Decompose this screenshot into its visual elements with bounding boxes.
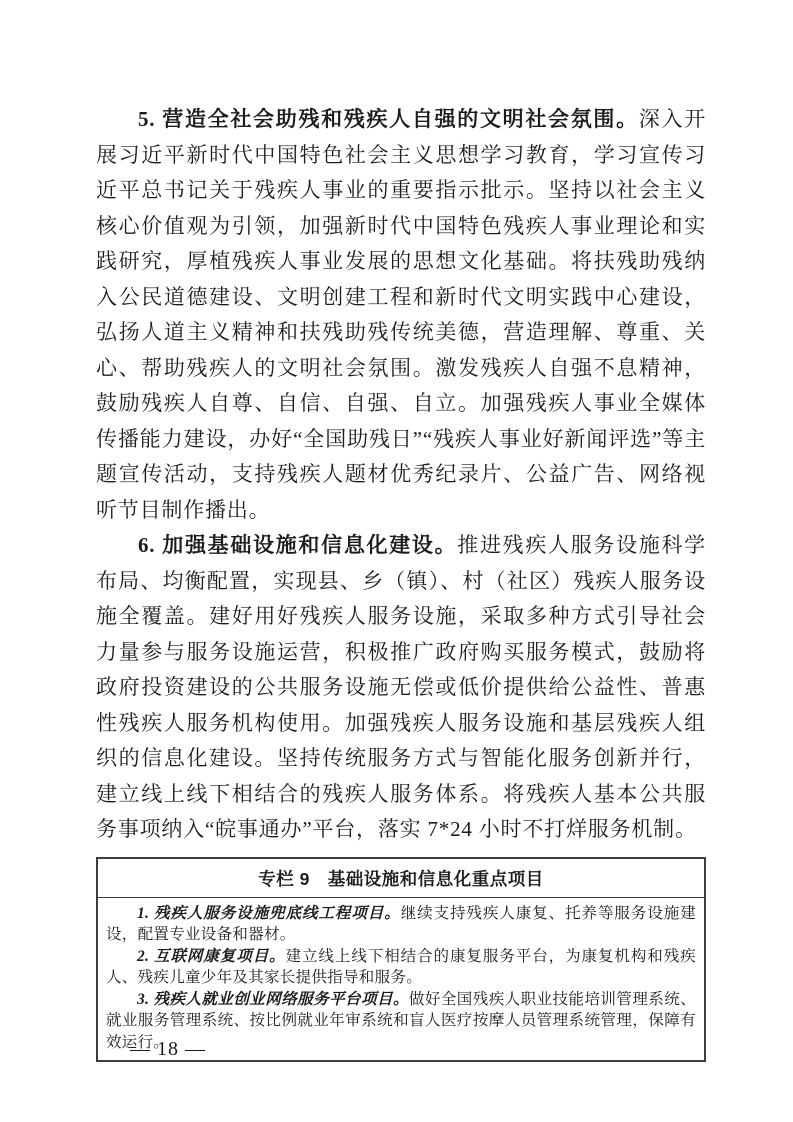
document-page: 5. 营造全社会助残和残疾人自强的文明社会氛围。深入开展习近平新时代中国特色社会… xyxy=(0,0,793,1122)
paragraph-5-body: 深入开展习近平新时代中国特色社会主义思想学习教育，学习宣传习近平总书记关于残疾人… xyxy=(96,107,706,522)
paragraph-5-heading: 5. 营造全社会助残和残疾人自强的文明社会氛围。 xyxy=(138,107,639,131)
callout-item-1: 1. 残疾人服务设施兜底线工程项目。继续支持残疾人康复、托养等服务设施建设，配置… xyxy=(106,903,696,946)
paragraph-6-heading: 6. 加强基础设施和信息化建设。 xyxy=(138,533,457,557)
text-block: 5. 营造全社会助残和残疾人自强的文明社会氛围。深入开展习近平新时代中国特色社会… xyxy=(96,102,706,1062)
page-number: — 18 — xyxy=(130,1038,206,1061)
callout-item-3-heading: 3. 残疾人就业创业网络服务平台项目。 xyxy=(137,991,409,1008)
callout-item-2-heading: 2. 互联网康复项目。 xyxy=(137,948,286,965)
callout-item-1-heading: 1. 残疾人服务设施兜底线工程项目。 xyxy=(137,905,401,922)
callout-box-title: 专栏 9 基础设施和信息化重点项目 xyxy=(98,859,704,898)
paragraph-6-body: 推进残疾人服务设施科学布局、均衡配置，实现县、乡（镇）、村（社区）残疾人服务设施… xyxy=(96,533,706,841)
paragraph-6: 6. 加强基础设施和信息化建设。推进残疾人服务设施科学布局、均衡配置，实现县、乡… xyxy=(96,528,706,848)
callout-box: 专栏 9 基础设施和信息化重点项目 1. 残疾人服务设施兜底线工程项目。继续支持… xyxy=(96,857,706,1063)
callout-box-body: 1. 残疾人服务设施兜底线工程项目。继续支持残疾人康复、托养等服务设施建设，配置… xyxy=(98,898,704,1061)
callout-item-2: 2. 互联网康复项目。建立线上线下相结合的康复服务平台，为康复机构和残疾人、残疾… xyxy=(106,946,696,989)
paragraph-5: 5. 营造全社会助残和残疾人自强的文明社会氛围。深入开展习近平新时代中国特色社会… xyxy=(96,102,706,528)
